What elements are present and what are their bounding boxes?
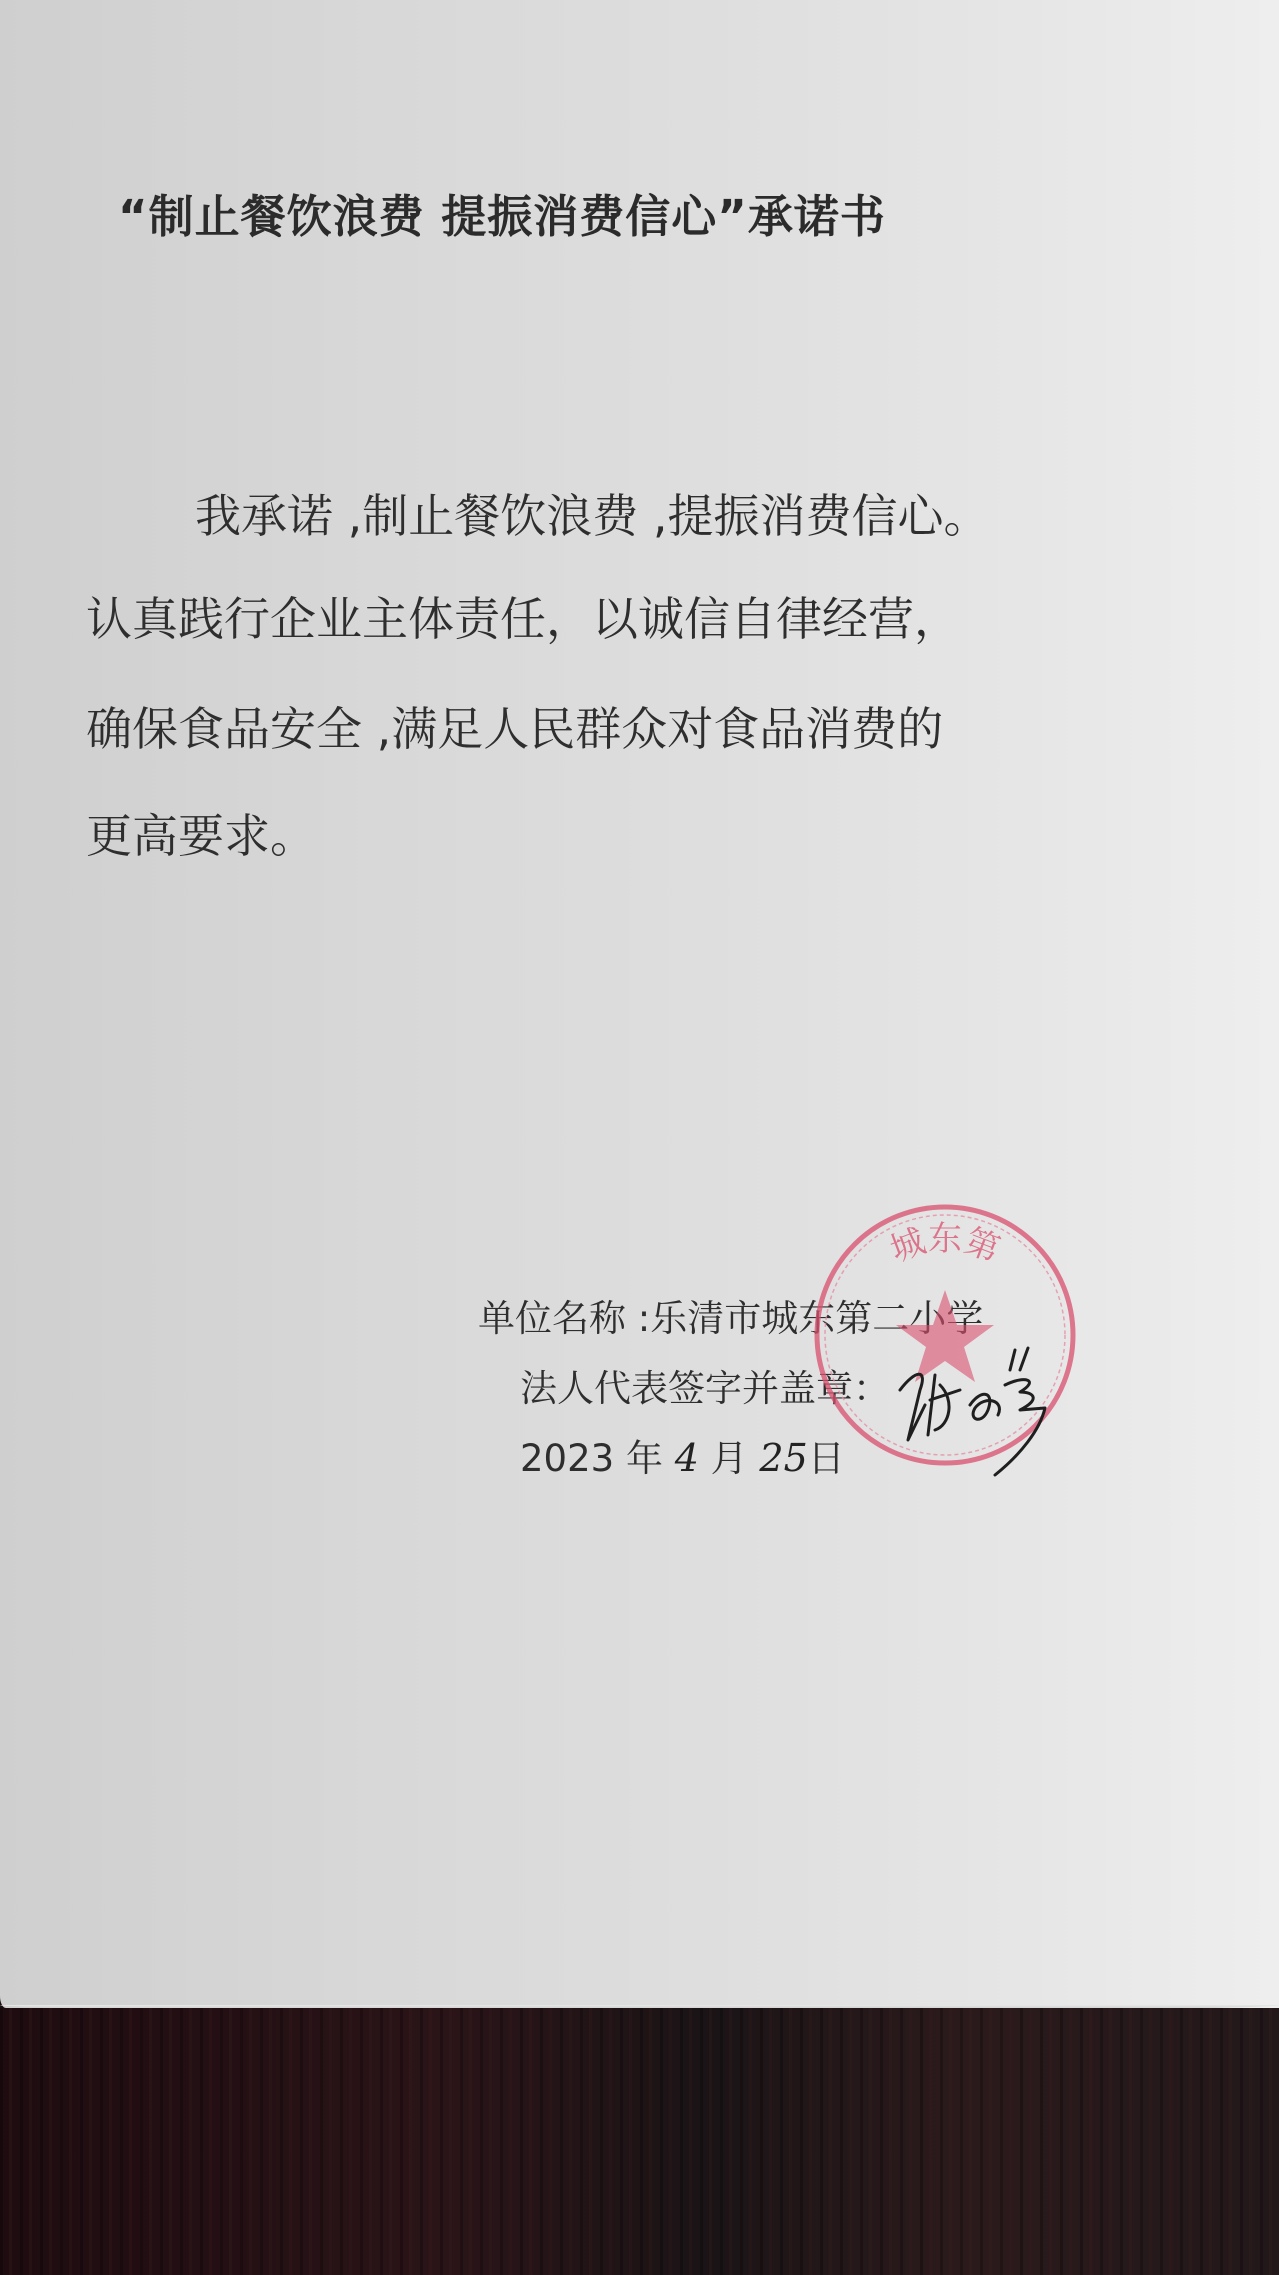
seal-text: 城东第	[885, 1219, 1005, 1270]
unit-name-line: 单位名称 :乐清市城东第二小学	[478, 1288, 983, 1342]
svg-text:城东第: 城东第	[885, 1219, 1005, 1270]
date-line: 2023 年 4 月 25日	[520, 1428, 845, 1482]
date-year-suffix: 年	[626, 1437, 663, 1480]
legal-rep-label: 法人代表签字并盖章：	[520, 1367, 890, 1410]
unit-name-label: 单位名称 :	[478, 1297, 650, 1340]
body-line-1: 我承诺 ,制止餐饮浪费 ,提振消费信心。	[195, 480, 990, 546]
unit-name-value: 乐清市城东第二小学	[650, 1297, 983, 1340]
date-day-suffix: 日	[808, 1437, 845, 1480]
wooden-table-background	[0, 2008, 1279, 2275]
paper-sheet: “制止餐饮浪费 提振消费信心”承诺书 我承诺 ,制止餐饮浪费 ,提振消费信心。 …	[0, 0, 1279, 2008]
body-line-3: 确保食品安全 ,满足人民群众对食品消费的	[86, 693, 943, 759]
body-line-2: 认真践行企业主体责任，以诚信自律经营，	[86, 583, 960, 649]
date-month-handwritten: 4	[675, 1436, 699, 1480]
date-month-suffix: 月	[711, 1437, 748, 1480]
legal-rep-line: 法人代表签字并盖章：	[520, 1358, 890, 1412]
handwritten-signature-icon	[880, 1330, 1120, 1480]
date-year: 2023	[520, 1437, 614, 1480]
document-title: “制止餐饮浪费 提振消费信心”承诺书	[118, 180, 1018, 245]
body-line-4: 更高要求。	[86, 800, 316, 866]
date-day-handwritten: 25	[759, 1436, 807, 1480]
